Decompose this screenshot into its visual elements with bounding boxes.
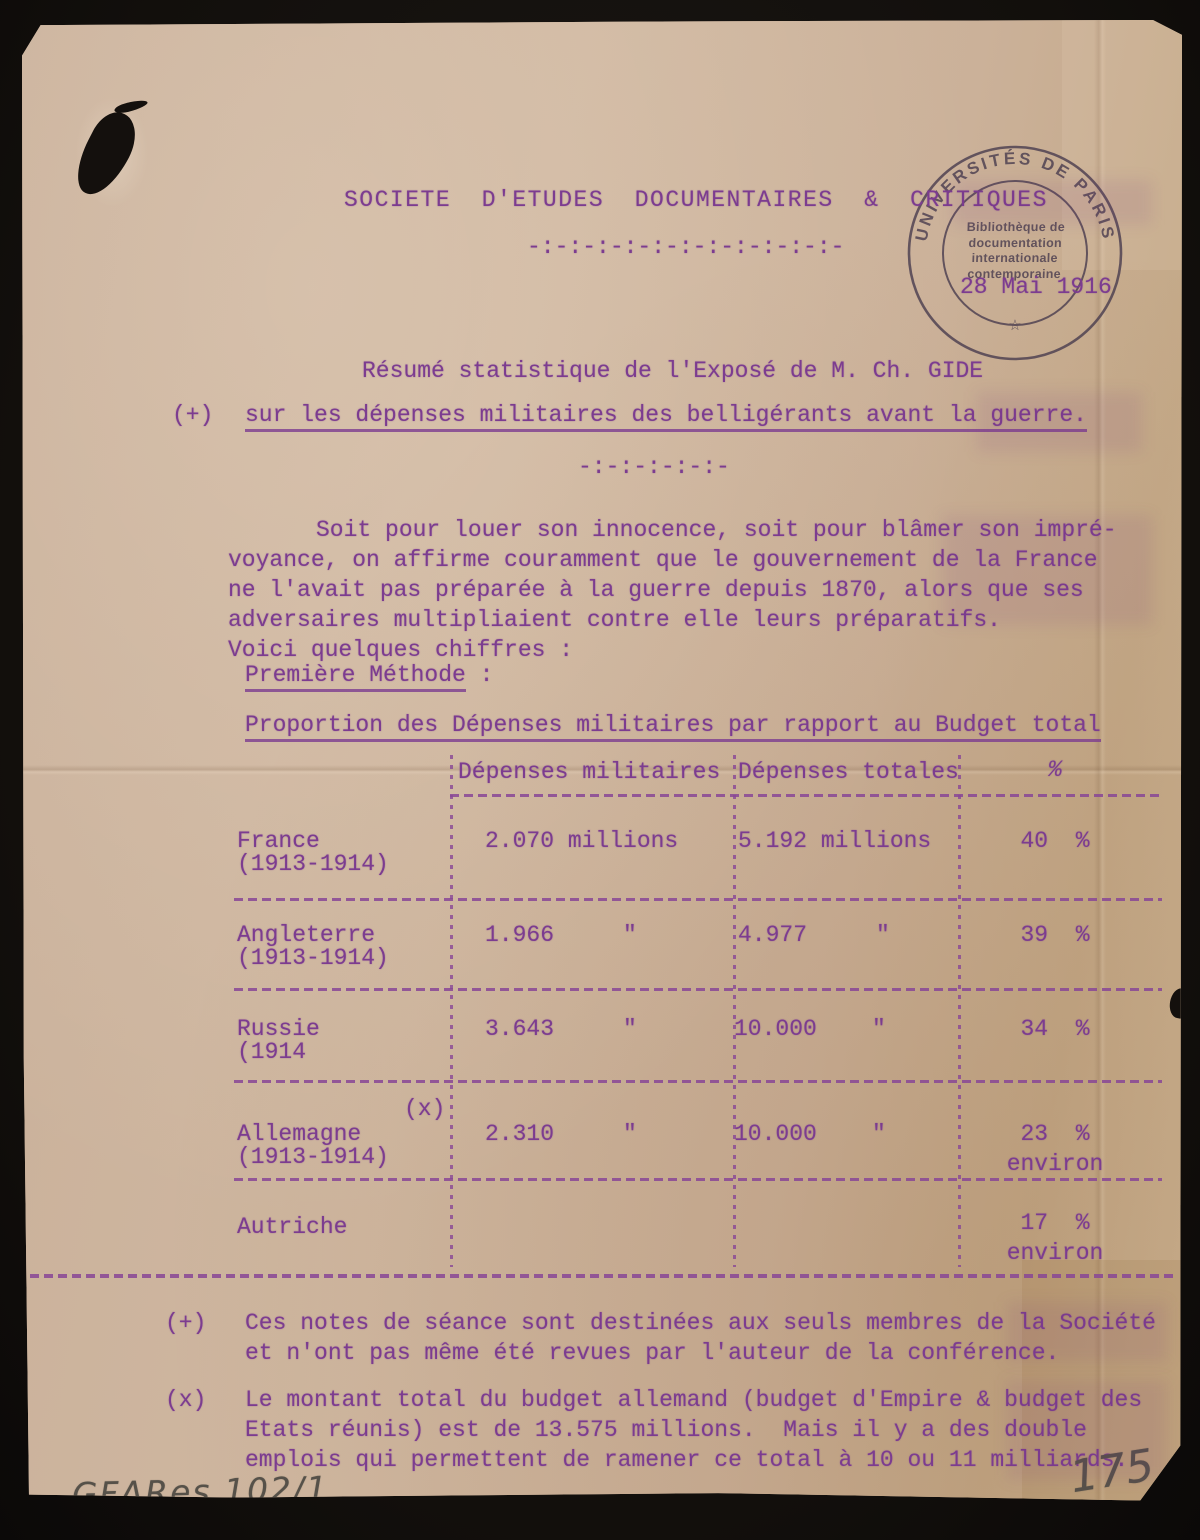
- row-pct: 40 %: [970, 826, 1140, 856]
- col-header-total: Dépenses totales: [738, 757, 959, 787]
- row-military: 2.310 ": [485, 1119, 637, 1149]
- shelf-mark-handwriting: GFΔRes 102/1: [72, 1469, 330, 1515]
- heading-line1: Résumé statistique de l'Exposé de M. Ch.…: [362, 356, 983, 386]
- row-marker-x: (x): [404, 1094, 445, 1124]
- table-rule: [234, 1080, 1162, 1083]
- intro-line: voyance, on affirme couramment que le go…: [228, 545, 1098, 575]
- row-years: (1913-1914): [237, 1142, 389, 1172]
- date-stamp-typed: 28 Mai 1916: [960, 272, 1112, 302]
- row-pct: 34 %: [970, 1014, 1140, 1044]
- row-total: 10.000 ": [734, 1014, 886, 1044]
- row-country: Autriche: [237, 1212, 347, 1242]
- row-years: (1913-1914): [237, 849, 389, 879]
- row-pct-note: environ: [970, 1149, 1140, 1179]
- footnote-marker: (x): [165, 1385, 206, 1415]
- row-military: 1.966 ": [485, 920, 637, 950]
- footnote-line: et n'ont pas même été revues par l'auteu…: [245, 1338, 1059, 1368]
- stamp-line: documentation: [945, 236, 1086, 252]
- row-total: 5.192 millions: [738, 826, 931, 856]
- row-total: 10.000 ": [734, 1119, 886, 1149]
- table-rule: [234, 988, 1162, 991]
- row-years: (1914: [237, 1037, 306, 1067]
- paper-sheet: UNIVERSITÉS DE PARIS Bibliothèque de doc…: [22, 20, 1182, 1502]
- table-column-rule: [450, 755, 453, 1267]
- table-column-rule: [733, 755, 736, 1267]
- row-pct: 23 %: [970, 1119, 1140, 1149]
- intro-line: adversaires multipliaient contre elle le…: [228, 605, 1001, 635]
- table-rule: [450, 794, 1162, 797]
- edge-notch: [1168, 987, 1189, 1019]
- table-title: Proportion des Dépenses militaires par r…: [245, 710, 1101, 740]
- col-header-pct: %: [970, 755, 1140, 785]
- table-bottom-rule: [30, 1274, 1176, 1278]
- row-military: 3.643 ": [485, 1014, 637, 1044]
- table-rule: [234, 1178, 1162, 1181]
- table-column-rule: [958, 755, 961, 1267]
- footnote-line: emplois qui permettent de ramener ce tot…: [245, 1445, 1128, 1475]
- stamp-line: Bibliothèque de: [946, 220, 1087, 236]
- footnote-line: Etats réunis) est de 13.575 millions. Ma…: [245, 1415, 1087, 1445]
- intro-line: ne l'avait pas préparée à la guerre depu…: [228, 575, 1084, 605]
- scanned-document-page: { "document": { "title": "SOCIETE D'ETUD…: [0, 0, 1200, 1540]
- row-pct: 17 %: [970, 1208, 1140, 1238]
- col-header-military: Dépenses militaires: [458, 757, 720, 787]
- footnote-marker-plus: (+): [172, 400, 213, 430]
- heading-line2: sur les dépenses militaires des belligér…: [245, 400, 1087, 430]
- mid-divider: -:-:-:-:-:-: [578, 452, 730, 482]
- table-rule: [234, 898, 1162, 901]
- footnote-line: Ces notes de séance sont destinées aux s…: [245, 1308, 1156, 1338]
- intro-line: Soit pour louer son innocence, soit pour…: [228, 515, 1117, 545]
- row-years: (1913-1914): [237, 943, 389, 973]
- method-heading: Première Méthode :: [245, 660, 493, 690]
- row-pct-note: environ: [970, 1238, 1140, 1268]
- library-stamp: UNIVERSITÉS DE PARIS Bibliothèque de doc…: [900, 138, 1130, 368]
- row-pct: 39 %: [970, 920, 1140, 950]
- row-total: 4.977 ": [738, 920, 890, 950]
- title-divider: -:-:-:-:-:-:-:-:-:-:-:-: [527, 232, 844, 262]
- footnote-line: Le montant total du budget allemand (bud…: [245, 1385, 1142, 1415]
- document-title: SOCIETE D'ETUDES DOCUMENTAIRES & CRITIQU…: [344, 185, 1048, 215]
- footnote-marker: (+): [165, 1308, 206, 1338]
- stamp-line: internationale: [944, 251, 1085, 267]
- row-military: 2.070 millions: [485, 826, 678, 856]
- stamp-star-icon: ☆: [900, 316, 1130, 334]
